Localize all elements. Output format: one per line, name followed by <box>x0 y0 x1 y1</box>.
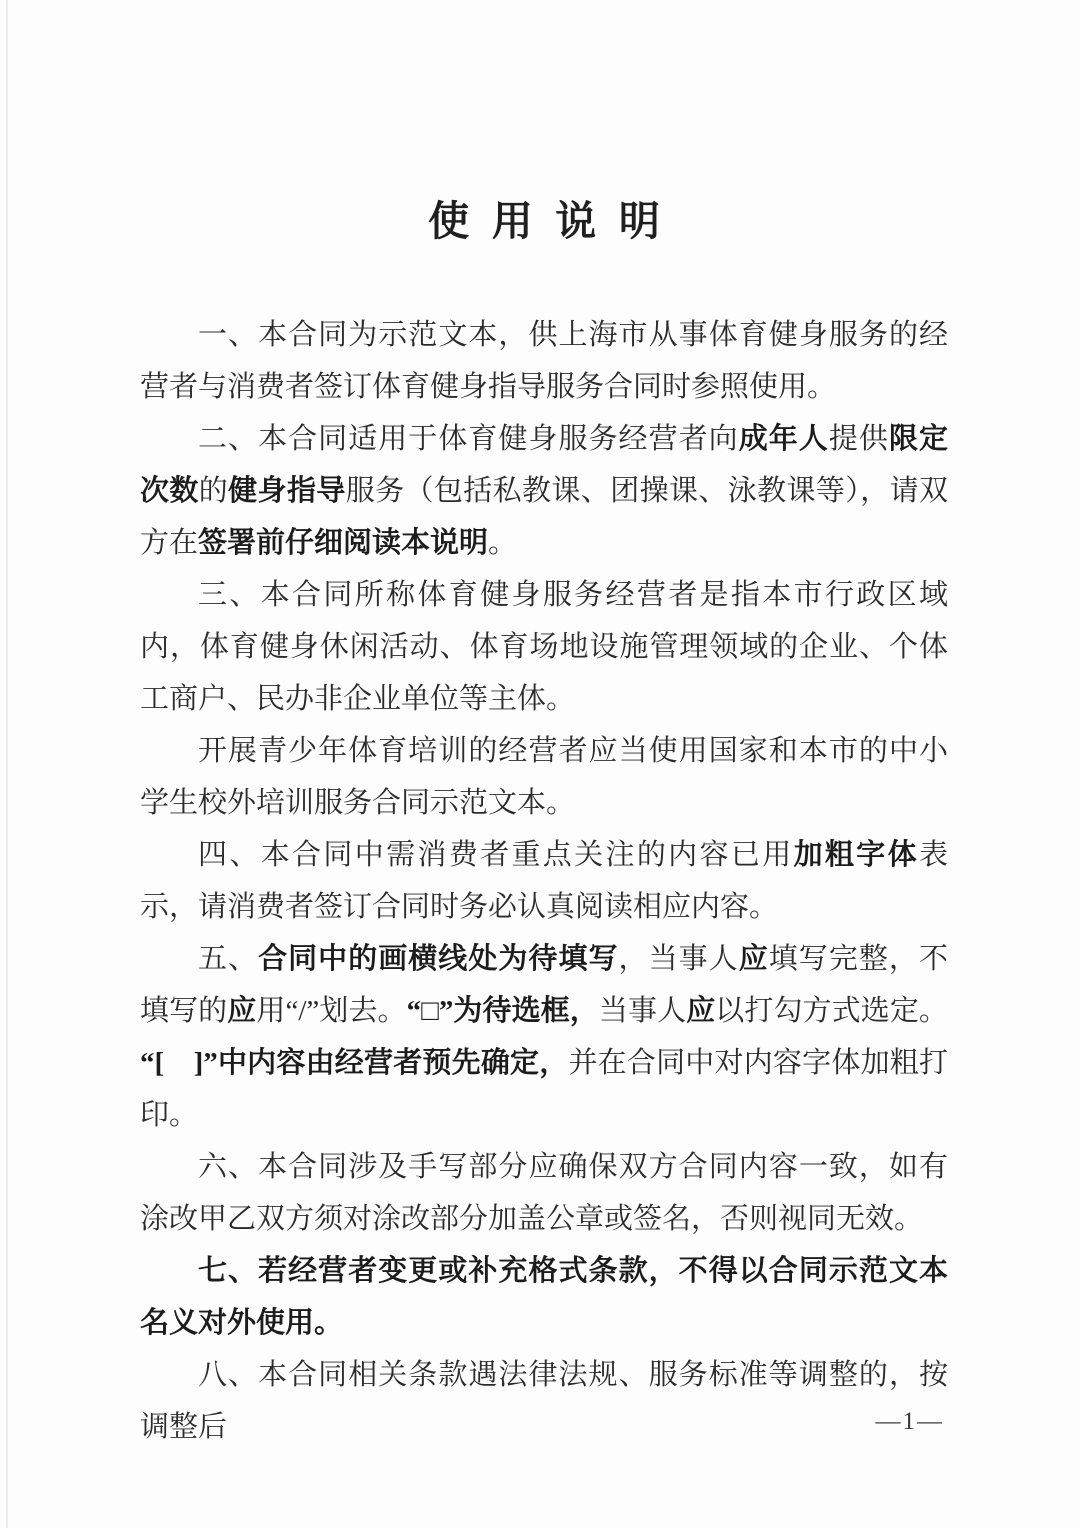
paragraph: 五、合同中的画横线处为待填写，当事人应填写完整，不填写的应用“/”划去。“□”为… <box>140 933 948 1141</box>
document-page: 使用说明 一、本合同为示范文本，供上海市从事体育健身服务的经营者与消费者签订体育… <box>0 0 1080 1528</box>
text-segment: 成年人 <box>739 423 829 455</box>
text-segment: 当事人 <box>599 995 686 1027</box>
text-segment: 签署前仔细阅读本说明 <box>198 527 488 559</box>
paragraph: 四、本合同中需消费者重点关注的内容已用加粗字体表示，请消费者签订合同时务必认真阅… <box>140 829 948 933</box>
paragraph: 七、若经营者变更或补充格式条款，不得以合同示范文本名义对外使用。 <box>140 1245 948 1349</box>
text-segment: 用“/”划去。 <box>256 995 406 1027</box>
text-segment: 。 <box>488 527 517 559</box>
text-segment: 应 <box>686 995 715 1027</box>
text-segment: 加粗字体 <box>794 839 919 871</box>
paragraph: 六、本合同涉及手写部分应确保双方合同内容一致，如有涂改甲乙双方须对涂改部分加盖公… <box>140 1141 948 1245</box>
text-segment: 应 <box>227 995 256 1027</box>
text-segment: 合同中的画横线处为待填写 <box>258 943 618 975</box>
document-body: 一、本合同为示范文本，供上海市从事体育健身服务的经营者与消费者签订体育健身指导服… <box>140 309 948 1453</box>
text-segment: 开展青少年体育培训的经营者应当使用国家和本市的中小学生校外培训服务合同示范文本。 <box>140 735 948 819</box>
text-segment: 以打勾方式选定。 <box>715 995 948 1027</box>
text-segment: “[ ]”中内容由经营者预先确定， <box>140 1047 568 1079</box>
text-segment: “□”为待选框， <box>407 995 599 1027</box>
paragraph: 开展青少年体育培训的经营者应当使用国家和本市的中小学生校外培训服务合同示范文本。 <box>140 725 948 829</box>
paragraph: 三、本合同所称体育健身服务经营者是指本市行政区域内，体育健身休闲活动、体育场地设… <box>140 569 948 725</box>
paragraph: 二、本合同适用于体育健身服务经营者向成年人提供限定次数的健身指导服务（包括私教课… <box>140 413 948 569</box>
text-segment: 二、本合同适用于体育健身服务经营者向 <box>198 423 739 455</box>
text-segment: 应 <box>739 943 769 975</box>
text-segment: 七、若经营者变更或补充格式条款，不得以合同示范文本名义对外使用。 <box>140 1255 948 1339</box>
text-segment: 五、 <box>198 943 258 975</box>
text-segment: ，当事人 <box>619 943 739 975</box>
paragraph: 一、本合同为示范文本，供上海市从事体育健身服务的经营者与消费者签订体育健身指导服… <box>140 309 948 413</box>
text-segment: 提供 <box>829 423 889 455</box>
text-segment: 的 <box>199 475 228 507</box>
text-segment: 健身指导 <box>228 475 346 507</box>
paragraph: 八、本合同相关条款遇法律法规、服务标准等调整的，按调整后 <box>140 1349 948 1453</box>
text-segment: 六、本合同涉及手写部分应确保双方合同内容一致，如有涂改甲乙双方须对涂改部分加盖公… <box>140 1151 948 1235</box>
text-segment: 一、本合同为示范文本，供上海市从事体育健身服务的经营者与消费者签订体育健身指导服… <box>140 319 948 403</box>
text-segment: 三、本合同所称体育健身服务经营者是指本市行政区域内，体育健身休闲活动、体育场地设… <box>140 579 948 715</box>
scan-edge-artifact <box>6 0 8 1528</box>
text-segment: 八、本合同相关条款遇法律法规、服务标准等调整的，按调整后 <box>140 1359 948 1443</box>
page-title: 使用说明 <box>140 0 948 247</box>
page-number: —1— <box>876 1408 945 1436</box>
text-segment: 四、本合同中需消费者重点关注的内容已用 <box>198 839 794 871</box>
